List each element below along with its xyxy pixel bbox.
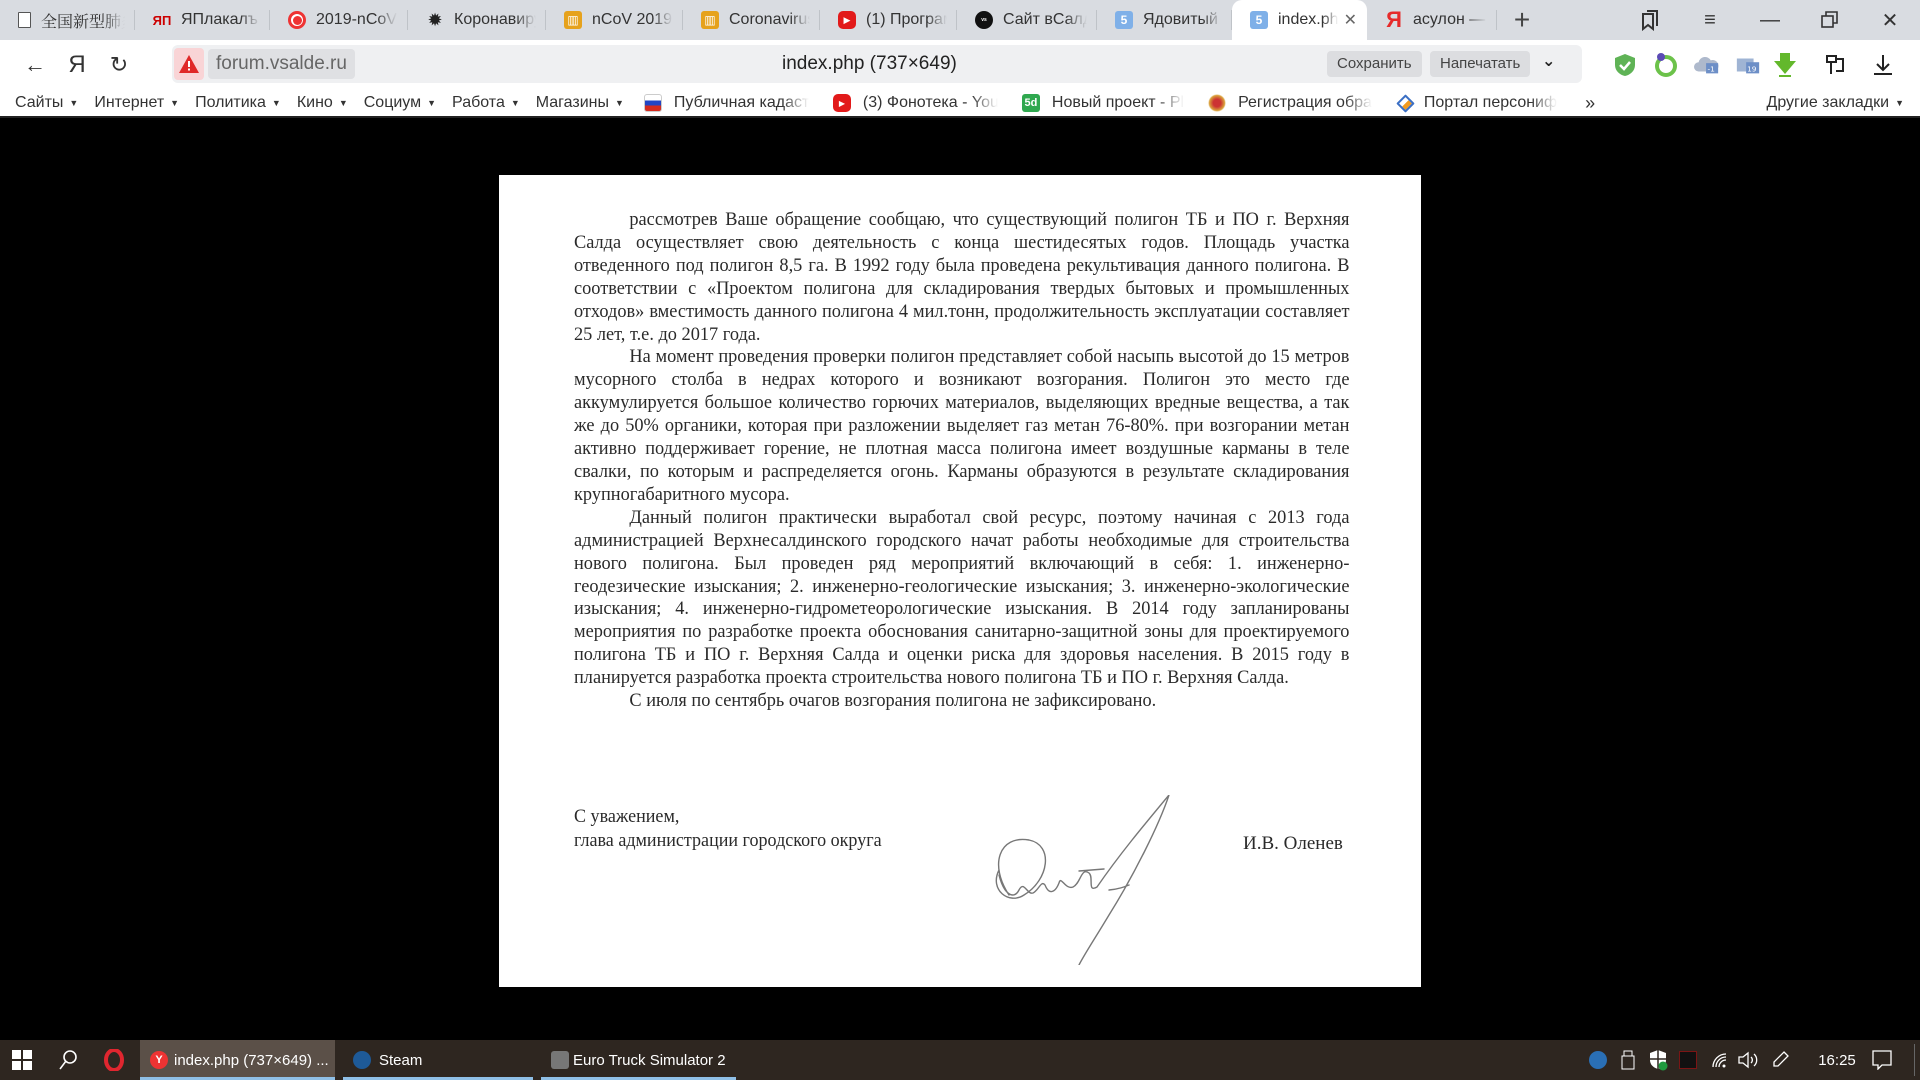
signatory-position: глава администрации городского округа — [574, 829, 882, 853]
app-tray-icon[interactable] — [1674, 1040, 1702, 1080]
clock[interactable]: 16:25 — [1812, 1040, 1862, 1080]
bookmark-folder-sites[interactable]: Сайты▼ — [7, 90, 86, 116]
save-button[interactable]: Сохранить — [1327, 51, 1422, 77]
opera-icon[interactable] — [92, 1040, 136, 1080]
yaplakal-icon: ЯП — [153, 11, 171, 29]
bookmark-folder-shops[interactable]: Магазины▼ — [528, 90, 632, 116]
show-desktop-divider[interactable] — [1914, 1044, 1915, 1076]
bookmarks-panel-icon[interactable] — [1620, 0, 1680, 40]
tab-2[interactable]: 2019-nCoV — [270, 0, 408, 40]
menu-icon[interactable]: ≡ — [1680, 0, 1740, 40]
ets2-icon — [551, 1051, 569, 1069]
search-icon[interactable] — [46, 1040, 90, 1080]
caret-down-icon: ▼ — [1895, 98, 1904, 108]
bookmark-fonoteka[interactable]: ▶ (3) Фонотека - You — [825, 90, 1006, 116]
defender-icon[interactable] — [1644, 1040, 1672, 1080]
signatory-name: И.В. Оленев — [1243, 833, 1343, 855]
minimize-icon[interactable]: — — [1740, 0, 1800, 40]
svg-text:19: 19 — [1747, 65, 1757, 74]
closing-greeting: С уважением, — [574, 805, 882, 829]
close-tab-icon[interactable]: ✕ — [1344, 10, 1357, 30]
svg-text:-1: -1 — [1707, 65, 1715, 74]
bookmark-cadastre[interactable]: Публичная кадастр — [636, 90, 817, 116]
coat-of-arms-icon — [1208, 94, 1226, 112]
paragraph-2: На момент проведения проверки полигон пр… — [574, 346, 1349, 506]
image-viewer: рассмотрев Ваше обращение сообщаю, что с… — [0, 119, 1920, 1040]
bookmark-folder-work[interactable]: Работа▼ — [444, 90, 528, 116]
dashboard-icon: ▥ — [701, 11, 719, 29]
tab-6[interactable]: ▶ (1) Програм — [820, 0, 957, 40]
domain-label[interactable]: forum.vsalde.ru — [208, 49, 355, 79]
tab-8[interactable]: 5 Ядовитый д — [1097, 0, 1232, 40]
page-icon — [18, 12, 31, 28]
omnibox[interactable]: forum.vsalde.ru index.php (737×649) Сохр… — [172, 45, 1582, 83]
caret-down-icon: ▼ — [339, 98, 348, 108]
restore-icon[interactable] — [1800, 0, 1860, 40]
bookmark-portal[interactable]: Портал персониф — [1388, 90, 1565, 116]
tab-7[interactable]: vs Сайт вСалде — [957, 0, 1097, 40]
other-bookmarks-button[interactable]: Другие закладки▼ — [1758, 90, 1912, 116]
more-bookmarks-button[interactable]: » — [1577, 90, 1603, 116]
taskbar-app-ets2[interactable]: Euro Truck Simulator 2 — [541, 1040, 736, 1080]
planner5d-icon: 5d — [1022, 94, 1040, 112]
bookmark-folder-internet[interactable]: Интернет▼ — [86, 90, 187, 116]
bookmarks-bar: Сайты▼ Интернет▼ Политика▼ Кино▼ Социум▼… — [0, 90, 1920, 118]
tab-10[interactable]: Я асулон — Я — [1367, 0, 1497, 40]
bookmark-folder-politics[interactable]: Политика▼ — [187, 90, 289, 116]
yandex-browser-icon: Y — [150, 1051, 168, 1069]
tab-bar: 全国新型肺炎 ЯП ЯПлакалъ - 2019-nCoV ✹ Коронав… — [0, 0, 1920, 40]
print-button[interactable]: Напечатать — [1430, 51, 1530, 77]
red-circle-icon — [288, 11, 306, 29]
tab-5[interactable]: ▥ Coronavirus — [683, 0, 820, 40]
tab-1[interactable]: ЯП ЯПлакалъ - — [135, 0, 270, 40]
mail-icon[interactable]: 19 — [1735, 52, 1761, 78]
reload-icon[interactable]: ↻ — [98, 45, 140, 85]
warning-icon[interactable] — [174, 48, 204, 80]
letter-body: рассмотрев Ваше обращение сообщаю, что с… — [574, 209, 1349, 713]
chevron-down-icon[interactable]: ⌄ — [1542, 51, 1555, 71]
diamond-icon — [1396, 94, 1414, 112]
tab-4[interactable]: ▥ nCoV 2019 s — [546, 0, 683, 40]
taskbar-app-steam[interactable]: Steam — [343, 1040, 533, 1080]
steam-tray-icon[interactable] — [1584, 1040, 1612, 1080]
caret-down-icon: ▼ — [427, 98, 436, 108]
letter-closing: С уважением, глава администрации городск… — [574, 805, 882, 853]
caret-down-icon: ▼ — [170, 98, 179, 108]
collections-icon[interactable] — [1822, 52, 1848, 78]
pen-icon[interactable] — [1766, 1040, 1794, 1080]
bookmark-registration[interactable]: Регистрация обра — [1200, 90, 1380, 116]
caret-down-icon: ▼ — [272, 98, 281, 108]
tab-active[interactable]: 5 index.php ✕ — [1232, 0, 1367, 40]
youtube-icon: ▶ — [838, 11, 856, 29]
cloud-icon[interactable]: -1 — [1694, 52, 1720, 78]
s-icon: 5 — [1250, 11, 1268, 29]
caret-down-icon: ▼ — [511, 98, 520, 108]
taskbar: Y index.php (737×649) ... Steam Euro Tru… — [0, 1040, 1920, 1080]
paragraph-3: Данный полигон практически выработал сво… — [574, 507, 1349, 690]
vsalde-icon: vs — [975, 11, 993, 29]
bookmark-folder-society[interactable]: Социум▼ — [356, 90, 444, 116]
tab-3[interactable]: ✹ Коронавиру — [408, 0, 546, 40]
paragraph-1: рассмотрев Ваше обращение сообщаю, что с… — [574, 209, 1349, 346]
scanned-letter-image: рассмотрев Ваше обращение сообщаю, что с… — [499, 175, 1421, 987]
download-icon[interactable] — [1870, 52, 1896, 78]
flag-ru-icon — [644, 94, 662, 112]
tab-0[interactable]: 全国新型肺炎 — [0, 0, 135, 40]
page-title: index.php (737×649) — [782, 45, 957, 83]
usb-icon[interactable] — [1614, 1040, 1642, 1080]
bookmark-planner5d[interactable]: 5d Новый проект - Pl — [1014, 90, 1192, 116]
yandex-home-icon[interactable]: Я — [56, 45, 98, 85]
s-icon: 5 — [1115, 11, 1133, 29]
new-tab-button[interactable]: + — [1497, 0, 1547, 40]
adguard-icon[interactable] — [1612, 52, 1638, 78]
close-window-icon[interactable]: ✕ — [1860, 0, 1920, 40]
back-icon[interactable]: ← — [14, 45, 56, 85]
volume-icon[interactable] — [1734, 1040, 1762, 1080]
handwritten-signature — [969, 795, 1209, 965]
dashboard-icon: ▥ — [564, 11, 582, 29]
wifi-icon[interactable] — [1706, 1040, 1734, 1080]
sync-icon[interactable] — [1653, 52, 1679, 78]
caret-down-icon: ▼ — [69, 98, 78, 108]
paragraph-4: С июля по сентябрь очагов возгорания пол… — [574, 690, 1349, 713]
steam-icon — [353, 1051, 371, 1069]
savefrom-icon[interactable] — [1772, 52, 1798, 78]
yandex-icon: Я — [1385, 11, 1403, 29]
address-bar: ← Я ↻ forum.vsalde.ru index.php (737×649… — [0, 40, 1920, 90]
caret-down-icon: ▼ — [615, 98, 624, 108]
taskbar-app-browser[interactable]: Y index.php (737×649) ... — [140, 1040, 335, 1080]
bookmark-folder-cinema[interactable]: Кино▼ — [289, 90, 356, 116]
windows-start-icon[interactable] — [0, 1040, 44, 1080]
notifications-icon[interactable] — [1868, 1040, 1896, 1080]
youtube-icon: ▶ — [833, 94, 851, 112]
virus-icon: ✹ — [426, 11, 444, 29]
